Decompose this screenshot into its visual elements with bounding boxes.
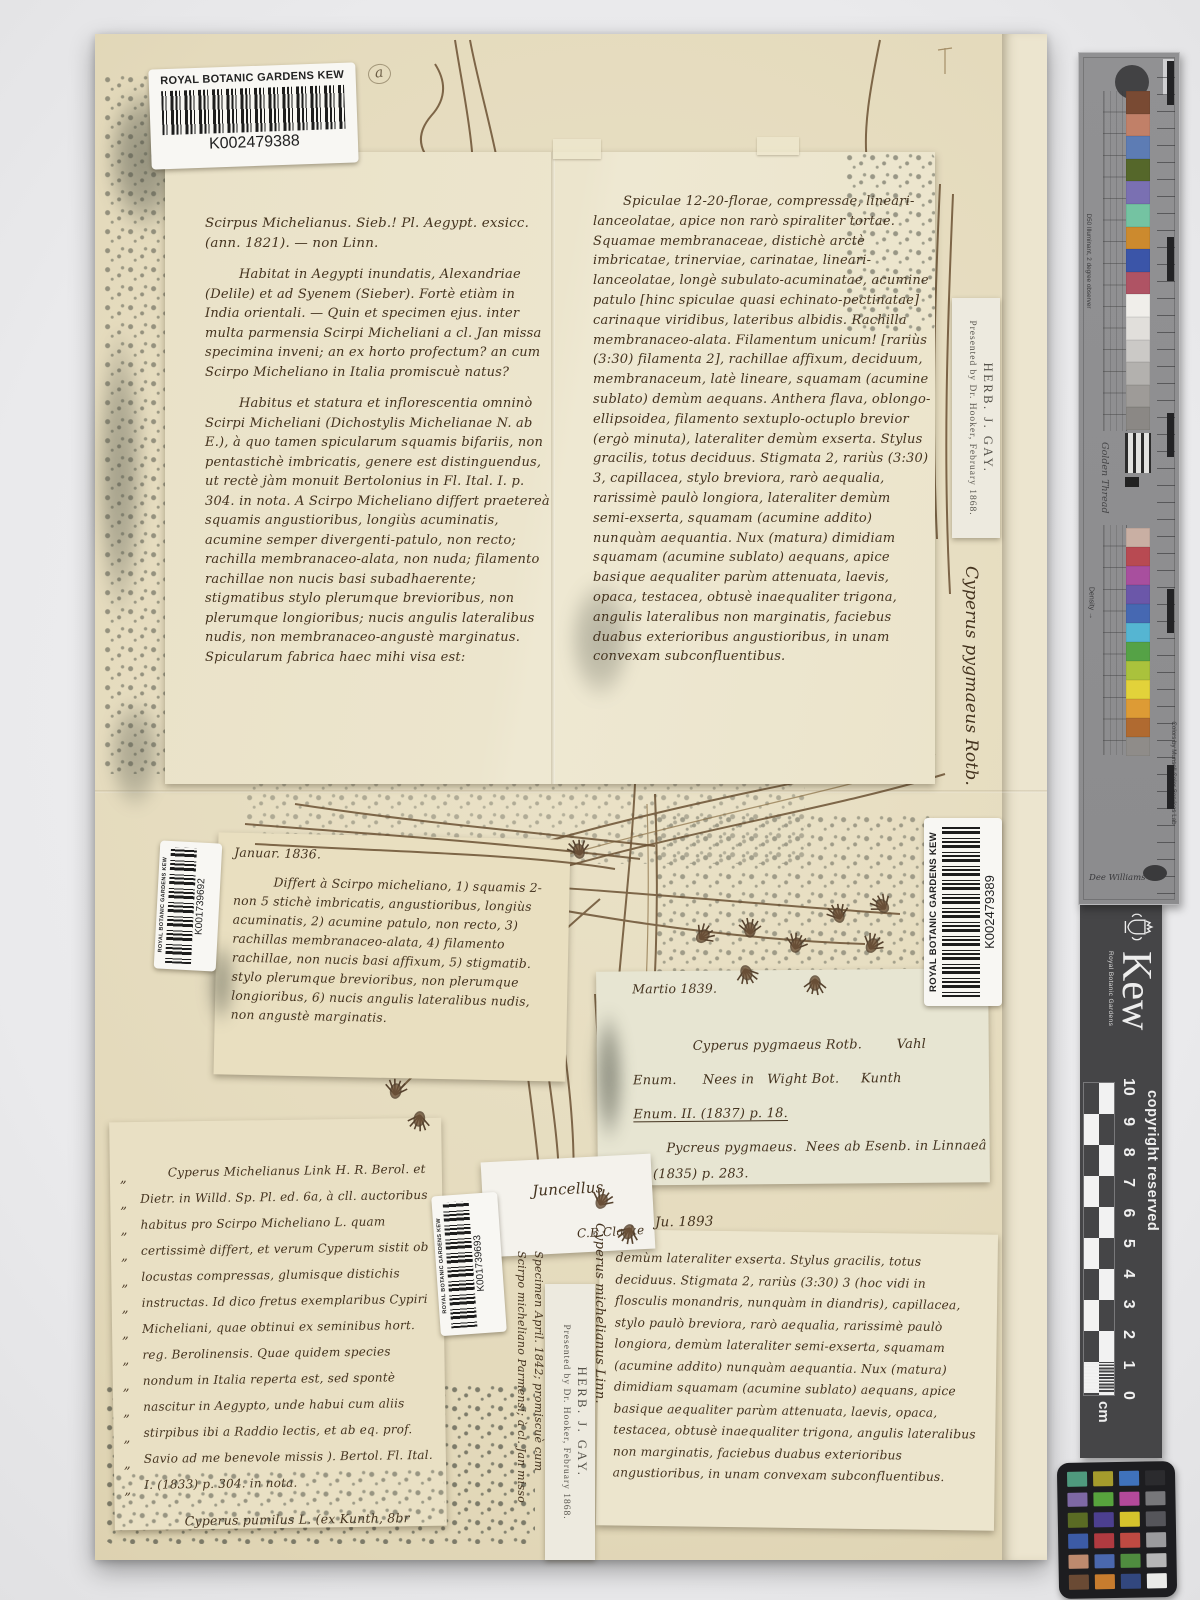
note-body: demùm lateraliter exserta. Stylus gracil… xyxy=(613,1247,982,1489)
color-patch xyxy=(1126,181,1150,204)
color-patch xyxy=(1126,385,1150,408)
color-calibration-ruler: D50 Illuminant, 2 degree observer Golden… xyxy=(1078,52,1180,905)
color-chip xyxy=(1119,1471,1139,1486)
vertical-specimen-note: Specimen April. 1842; promiscuè cum Scir… xyxy=(496,1250,548,1586)
determination-date: Ju. 1893 xyxy=(655,1213,714,1230)
color-patch xyxy=(1126,249,1150,272)
mold-speckle xyxy=(114,1468,445,1531)
lab-values-table xyxy=(1103,91,1127,431)
color-patch xyxy=(1126,114,1150,137)
cm-number: 8 xyxy=(1119,1148,1137,1157)
presentation-note: Presented by Dr. Hooker, February 1868. xyxy=(561,1285,571,1559)
note-fold xyxy=(551,152,555,784)
main-manuscript-note: Scirpus Michelianus. Sieb.! Pl. Aegypt. … xyxy=(165,152,935,784)
note-body: Differt à Scirpo micheliano, 1) squamis … xyxy=(231,873,554,1032)
note-date: Januar. 1836. xyxy=(234,845,321,862)
mm-ticks xyxy=(1084,1363,1114,1395)
color-patch xyxy=(1126,159,1150,182)
cm-scale-numbers: 109876543210 xyxy=(1119,1078,1137,1400)
clarke-determination-label: Juncellus C.B.Clarke xyxy=(481,1154,656,1258)
barcode-label-mid: ROYAL BOTANIC GARDENS KEW K002479389 xyxy=(924,818,1002,1006)
color-patch xyxy=(1126,661,1150,680)
scale-block-row xyxy=(1099,1083,1114,1395)
color-patch xyxy=(1126,528,1150,547)
specimen-note-line: Scirpo micheliano Parmensi; à cl. Jan mi… xyxy=(513,1251,530,1585)
color-patch-column-b xyxy=(1126,528,1150,756)
color-patch xyxy=(1126,737,1150,756)
color-chip xyxy=(1067,1492,1087,1507)
color-chip xyxy=(1147,1573,1167,1588)
color-chip xyxy=(1068,1513,1088,1528)
color-patch xyxy=(1126,585,1150,604)
note-1836: Januar. 1836. Differt à Scirpo michelian… xyxy=(214,832,571,1081)
cm-number: 10 xyxy=(1119,1078,1137,1096)
color-patch xyxy=(1126,204,1150,227)
density-text: Density → xyxy=(1083,558,1095,648)
color-chip xyxy=(1068,1533,1088,1548)
presentation-note: Presented by Dr. Hooker, February 1868. xyxy=(967,299,977,537)
color-patch xyxy=(1126,680,1150,699)
note-title: Scirpus Michelianus. Sieb.! Pl. Aegypt. … xyxy=(205,214,550,253)
color-chip xyxy=(1145,1470,1165,1485)
barcode-icon xyxy=(161,85,345,135)
species-name: Cyperus pygmaeus Rotb. xyxy=(951,546,981,806)
color-chip xyxy=(1120,1553,1140,1568)
cm-number: 0 xyxy=(1119,1391,1137,1400)
kew-crest-icon xyxy=(1122,910,1156,944)
cm-number: 5 xyxy=(1119,1239,1137,1248)
note-body: Cyperus Michelianus Link H. R. Berol. et… xyxy=(140,1156,437,1498)
cm-number: 7 xyxy=(1119,1178,1137,1187)
kew-brand: Kew Royal Botanic Gardens xyxy=(1107,910,1156,1030)
mold-speckle xyxy=(655,814,935,994)
cm-number: 2 xyxy=(1119,1330,1137,1339)
color-chip xyxy=(1145,1491,1165,1506)
color-chip xyxy=(1094,1533,1114,1548)
color-patch xyxy=(1126,294,1150,317)
color-chip xyxy=(1069,1575,1089,1590)
signature-script: Dee Williams xyxy=(1089,873,1146,883)
color-patch-column-a xyxy=(1126,91,1150,430)
color-patch xyxy=(1126,362,1150,385)
quote-marks-column: „ „ „ „ „ „ „ „ „ „ „ „ „ xyxy=(120,1166,132,1504)
color-patch xyxy=(1126,340,1150,363)
ruler-tick-strip xyxy=(1157,61,1175,898)
note-line: Pycreus pygmaeus. Nees ab Esenb. in Linn… xyxy=(658,1138,987,1156)
color-chip xyxy=(1095,1574,1115,1589)
copyright-text: copyright reserved xyxy=(1144,1090,1160,1231)
cm-scale-blocks xyxy=(1083,1082,1115,1396)
color-patch xyxy=(1126,407,1150,430)
color-patch xyxy=(1126,718,1150,737)
barcode-label-small-1: ROYAL BOTANIC GARDENS KEW K001739692 xyxy=(154,840,223,971)
color-patch xyxy=(1126,227,1150,250)
color-checker-card xyxy=(1057,1461,1177,1599)
kew-org-name: ROYAL BOTANIC GARDENS KEW xyxy=(928,819,939,1005)
note-date: Martio 1839. xyxy=(632,981,717,997)
color-chip xyxy=(1146,1532,1166,1547)
note-paragraph: Habitat in Aegypti inundatis, Alexandria… xyxy=(205,265,550,382)
color-patch xyxy=(1126,272,1150,295)
note-line: Enum. Nees in Wight Bot. Kunth xyxy=(633,1071,902,1088)
barcode-number: K002479389 xyxy=(982,819,997,1005)
color-patch xyxy=(1126,317,1150,340)
tape-piece xyxy=(553,139,601,159)
kew-logo: Kew xyxy=(1116,951,1156,1030)
color-patch xyxy=(1126,604,1150,623)
vertical-michelianus-note: Cyperus michelianus Linn. xyxy=(576,1222,616,1454)
color-patch xyxy=(1126,91,1150,114)
scan-stage: Scirpus Michelianus. Sieb.! Pl. Aegypt. … xyxy=(0,0,1200,1600)
resolution-grid xyxy=(1125,433,1151,473)
color-patch xyxy=(1126,699,1150,718)
kew-sublogo: Royal Botanic Gardens xyxy=(1107,951,1114,1030)
black-reference-square xyxy=(1125,477,1139,487)
note-berolinensis: „ „ „ „ „ „ „ „ „ „ „ „ „ Cyperus Michel… xyxy=(109,1118,447,1531)
cm-number: 9 xyxy=(1119,1117,1137,1126)
genus-name: Juncellus xyxy=(532,1178,604,1200)
color-chip xyxy=(1119,1491,1139,1506)
color-chip xyxy=(1067,1472,1087,1487)
color-patch xyxy=(1126,566,1150,585)
color-chip xyxy=(1120,1533,1140,1548)
kew-scale-bar: Kew Royal Botanic Gardens copyright rese… xyxy=(1080,902,1162,1458)
color-chip xyxy=(1094,1512,1114,1527)
color-chip xyxy=(1093,1471,1113,1486)
note-line: Enum. II. (1837) p. 18. xyxy=(633,1106,788,1122)
color-chip xyxy=(1068,1554,1088,1569)
ruler-oval-mark xyxy=(1143,865,1167,881)
manuscript-left-page: Scirpus Michelianus. Sieb.! Pl. Aegypt. … xyxy=(205,214,550,667)
herbarium-name: HERB. J. GAY. xyxy=(980,299,995,537)
cm-number: 1 xyxy=(1119,1361,1137,1370)
color-chip xyxy=(1146,1553,1166,1568)
species-name: Cyperus michelianus Linn. xyxy=(585,1223,607,1453)
color-patch xyxy=(1126,136,1150,159)
manuscript-right-page: Spiculae 12-20-florae, compressae, linea… xyxy=(593,192,931,667)
cm-number: 6 xyxy=(1119,1209,1137,1218)
tape-piece xyxy=(757,137,799,155)
note-bottom-right: demùm lateraliter exserta. Stylus gracil… xyxy=(596,1229,998,1531)
lab-values-table xyxy=(1103,525,1127,755)
color-patch xyxy=(1126,642,1150,661)
color-chip xyxy=(1093,1492,1113,1507)
scale-block-row xyxy=(1084,1083,1099,1395)
vertical-species-annotation: Cyperus pygmaeus Rotb. xyxy=(936,545,996,807)
cm-unit-label: cm xyxy=(1095,1401,1112,1423)
barcode-label-top: ROYAL BOTANIC GARDENS KEW K002479388 xyxy=(148,62,358,169)
cm-number: 4 xyxy=(1119,1269,1137,1278)
color-chip xyxy=(1094,1554,1114,1569)
barcode-icon xyxy=(942,827,980,997)
mold-stain xyxy=(586,981,632,1171)
color-chip xyxy=(1146,1511,1166,1526)
color-patch xyxy=(1126,547,1150,566)
color-chip xyxy=(1120,1512,1140,1527)
sheet-right-edge xyxy=(1002,34,1047,1560)
note-paragraph: Habitus et statura et inflorescentia omn… xyxy=(205,394,550,667)
illuminant-text: D50 Illuminant, 2 degree observer xyxy=(1079,91,1093,431)
color-patch xyxy=(1126,623,1150,642)
color-chip xyxy=(1121,1574,1141,1589)
color-checker-grid xyxy=(1067,1470,1167,1590)
note-line: Cyperus pygmaeus Rotb. Vahl xyxy=(693,1037,926,1054)
herb-gay-label: HERB. J. GAY. Presented by Dr. Hooker, F… xyxy=(952,298,1000,538)
brand-script: Golden Thread xyxy=(1087,441,1117,521)
cm-number: 3 xyxy=(1119,1300,1137,1309)
